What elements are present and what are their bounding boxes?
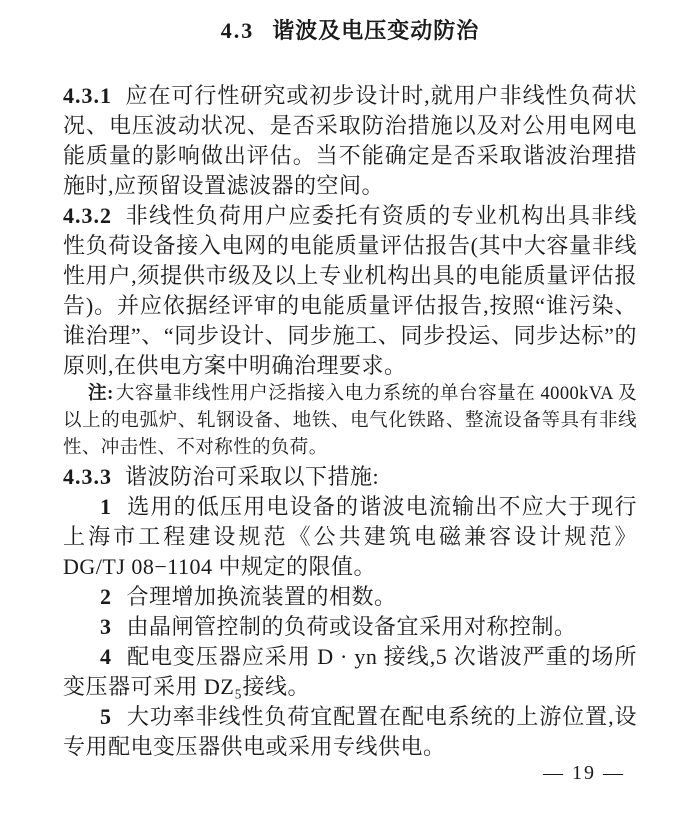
measure-item-4-text: 配电变压器应采用 D · yn 接线,5 次谐波严重的场所变压器可采用 DZ₅接… [63, 644, 637, 699]
measure-item-1-text: 选用的低压用电设备的谐波电流输出不应大于现行上海市工程建设规范《公共建筑电磁兼容… [63, 494, 637, 579]
measure-item-2-number: 2 [100, 584, 112, 609]
measure-item-2-text: 合理增加换流装置的相数。 [127, 584, 397, 609]
measure-item-1: 1选用的低压用电设备的谐波电流输出不应大于现行上海市工程建设规范《公共建筑电磁兼… [63, 492, 637, 582]
clause-4-3-2-text: 非线性负荷用户应委托有资质的专业机构出具非线性负荷设备接入电网的电能质量评估报告… [63, 203, 637, 378]
measure-item-3-text: 由晶闸管控制的负荷或设备宜采用对称控制。 [127, 614, 577, 639]
clause-4-3-2-label: 4.3.2 [63, 203, 112, 228]
note-text: 大容量非线性用户泛指接入电力系统的单台容量在 4000kVA 及以上的电弧炉、轧… [63, 384, 637, 458]
clause-4-3-2: 4.3.2非线性负荷用户应委托有资质的专业机构出具非线性负荷设备接入电网的电能质… [63, 201, 637, 381]
measure-item-3: 3由晶闸管控制的负荷或设备宜采用对称控制。 [63, 612, 637, 642]
measure-item-5-text: 大功率非线性负荷宜配置在配电系统的上游位置,设专用配电变压器供电或采用专线供电。 [63, 704, 637, 759]
section-title-text: 谐波及电压变动防治 [272, 18, 479, 43]
section-title: 4.3谐波及电压变动防治 [63, 14, 637, 45]
clause-4-3-3: 4.3.3谐波防治可采取以下措施: [63, 462, 637, 492]
measure-item-2: 2合理增加换流装置的相数。 [63, 582, 637, 612]
measure-item-3-number: 3 [100, 614, 112, 639]
clause-4-3-1: 4.3.1应在可行性研究或初步设计时,就用户非线性负荷状况、电压波动状况、是否采… [63, 81, 637, 201]
measure-item-5: 5大功率非线性负荷宜配置在配电系统的上游位置,设专用配电变压器供电或采用专线供电… [63, 702, 637, 762]
measure-item-4: 4配电变压器应采用 D · yn 接线,5 次谐波严重的场所变压器可采用 DZ₅… [63, 642, 637, 702]
document-page: 4.3谐波及电压变动防治 4.3.1应在可行性研究或初步设计时,就用户非线性负荷… [0, 0, 697, 829]
section-number: 4.3 [221, 18, 255, 43]
clause-4-3-1-text: 应在可行性研究或初步设计时,就用户非线性负荷状况、电压波动状况、是否采取防治措施… [63, 83, 637, 198]
note-label: 注: [88, 384, 114, 404]
page-number: — 19 — [543, 762, 625, 784]
note-paragraph: 注:大容量非线性用户泛指接入电力系统的单台容量在 4000kVA 及以上的电弧炉… [63, 381, 637, 462]
measure-item-5-number: 5 [100, 704, 112, 729]
measure-item-4-number: 4 [100, 644, 112, 669]
measure-item-1-number: 1 [100, 494, 112, 519]
page-footer: — 19 — [543, 762, 625, 785]
clause-4-3-3-label: 4.3.3 [63, 464, 112, 489]
clause-4-3-3-text: 谐波防治可采取以下措施: [125, 464, 379, 489]
clause-4-3-1-label: 4.3.1 [63, 83, 112, 108]
